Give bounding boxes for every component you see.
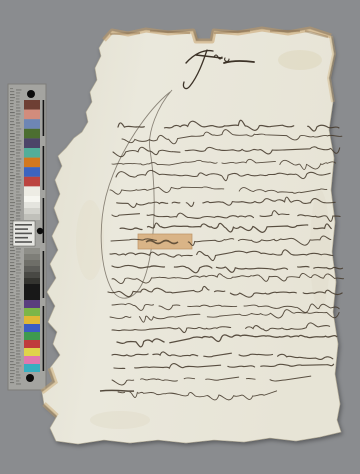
microtext-tick xyxy=(10,115,15,116)
microtext-tick xyxy=(16,116,19,117)
microtext-tick xyxy=(10,169,13,170)
microtext-tick xyxy=(10,163,15,164)
microtext-tick xyxy=(10,214,14,215)
microtext-tick xyxy=(10,106,13,107)
microtext-tick xyxy=(10,211,15,212)
registration-dot xyxy=(26,374,34,382)
microtext-tick xyxy=(16,197,20,198)
microtext-tick xyxy=(10,118,14,119)
color-patch xyxy=(24,324,40,332)
microtext-tick xyxy=(16,293,20,294)
microtext-tick xyxy=(10,379,13,380)
microtext-tick xyxy=(16,143,21,144)
microtext-tick xyxy=(16,251,20,252)
microtext-tick xyxy=(10,280,15,281)
microtext-tick xyxy=(10,331,15,332)
microtext-tick xyxy=(16,329,20,330)
microtext-tick xyxy=(10,184,13,185)
color-patch xyxy=(24,158,40,168)
microtext-tick xyxy=(10,142,14,143)
microtext-tick xyxy=(16,281,19,282)
color-patch xyxy=(24,364,40,372)
microtext-tick xyxy=(16,134,20,135)
microtext-tick xyxy=(16,95,20,96)
microtext-tick xyxy=(10,343,14,344)
label-text-row xyxy=(15,233,32,235)
microtext-tick xyxy=(16,308,21,309)
microtext-tick xyxy=(10,196,13,197)
microtext-tick xyxy=(10,121,14,122)
microtext-tick xyxy=(16,377,21,378)
microtext-tick xyxy=(10,277,15,278)
microtext-tick xyxy=(16,173,20,174)
gray-patch xyxy=(24,260,40,266)
microtext-tick xyxy=(10,139,15,140)
microtext-tick xyxy=(16,140,21,141)
microtext-tick xyxy=(16,356,21,357)
black-patch xyxy=(24,284,40,300)
microtext-tick xyxy=(10,370,15,371)
microtext-tick xyxy=(10,286,15,287)
microtext-tick xyxy=(16,164,20,165)
microtext-tick xyxy=(10,322,15,323)
registration-dot xyxy=(27,90,35,98)
microtext-tick xyxy=(16,113,21,114)
microtext-tick xyxy=(10,313,15,314)
microtext-tick xyxy=(10,289,13,290)
microtext-tick xyxy=(10,208,13,209)
microtext-tick xyxy=(10,265,14,266)
microtext-tick xyxy=(16,335,21,336)
microtext-tick xyxy=(10,361,14,362)
gray-patch xyxy=(24,272,40,278)
microtext-tick xyxy=(10,274,13,275)
microtext-tick xyxy=(16,176,21,177)
microtext-tick xyxy=(16,122,20,123)
color-calibration-target xyxy=(8,84,46,390)
color-patch xyxy=(24,332,40,340)
microtext-tick xyxy=(16,266,20,267)
microtext-tick xyxy=(16,89,21,90)
microtext-tick xyxy=(16,209,21,210)
microtext-tick xyxy=(16,254,19,255)
gray-patch xyxy=(24,254,40,260)
microtext-tick xyxy=(16,305,20,306)
microtext-tick xyxy=(10,316,15,317)
microtext-tick xyxy=(16,371,19,372)
microtext-tick xyxy=(10,349,13,350)
color-patch xyxy=(24,356,40,364)
microtext-tick xyxy=(10,271,15,272)
microtext-tick xyxy=(16,191,19,192)
microtext-tick xyxy=(16,131,20,132)
gray-patch xyxy=(24,214,40,220)
gray-patch xyxy=(24,208,40,214)
microtext-tick xyxy=(16,185,20,186)
microtext-tick xyxy=(10,193,13,194)
microtext-tick xyxy=(16,215,20,216)
microtext-tick xyxy=(10,100,14,101)
microtext-tick xyxy=(10,310,15,311)
microtext-tick xyxy=(16,383,21,384)
microtext-tick xyxy=(10,148,15,149)
color-patch xyxy=(24,308,40,316)
gray-patch xyxy=(24,202,40,208)
microtext-tick xyxy=(16,218,20,219)
microtext-tick xyxy=(16,272,21,273)
color-patch xyxy=(24,148,40,158)
microtext-tick xyxy=(16,128,21,129)
color-patch xyxy=(24,167,40,177)
microtext-tick xyxy=(16,287,20,288)
microtext-tick xyxy=(16,188,20,189)
microtext-tick xyxy=(16,320,19,321)
microtext-tick xyxy=(10,109,13,110)
microtext-tick xyxy=(10,262,14,263)
microtext-tick xyxy=(16,311,20,312)
microtext-tick xyxy=(16,98,19,99)
microtext-tick xyxy=(10,145,15,146)
microtext-tick xyxy=(10,253,15,254)
label-text-row xyxy=(15,237,28,239)
color-patch xyxy=(24,300,40,308)
microtext-tick xyxy=(16,206,20,207)
edge-bar xyxy=(43,100,45,136)
microtext-tick xyxy=(16,167,21,168)
microtext-tick xyxy=(10,205,14,206)
color-patch xyxy=(24,186,40,196)
microtext-tick xyxy=(10,340,14,341)
microtext-tick xyxy=(10,295,15,296)
microtext-tick xyxy=(16,374,20,375)
microtext-tick xyxy=(16,170,20,171)
microtext-tick xyxy=(16,194,21,195)
microtext-tick xyxy=(10,103,14,104)
gray-patch xyxy=(24,278,40,284)
edge-bar xyxy=(43,251,45,298)
edge-bar xyxy=(43,146,45,190)
microtext-tick xyxy=(16,296,19,297)
microtext-tick xyxy=(16,152,20,153)
microtext-tick xyxy=(16,182,21,183)
microtext-tick xyxy=(10,337,14,338)
microtext-tick xyxy=(16,263,21,264)
microtext-tick xyxy=(16,347,20,348)
microtext-tick xyxy=(10,94,14,95)
microtext-tick xyxy=(16,317,20,318)
microtext-tick xyxy=(10,376,14,377)
label-text-row xyxy=(15,241,32,243)
microtext-tick xyxy=(10,235,13,236)
microtext-tick xyxy=(10,250,15,251)
microtext-tick xyxy=(10,175,15,176)
microtext-tick xyxy=(16,380,19,381)
microtext-tick xyxy=(10,91,14,92)
microtext-tick xyxy=(16,323,19,324)
label-text-row xyxy=(15,224,32,226)
microtext-tick xyxy=(10,364,15,365)
microtext-tick xyxy=(16,146,20,147)
microtext-tick xyxy=(10,157,13,158)
microtext-tick xyxy=(10,160,15,161)
microtext-tick xyxy=(10,247,14,248)
microtext-tick xyxy=(16,332,21,333)
microtext-tick xyxy=(16,299,21,300)
manuscript-photo xyxy=(0,0,360,474)
microtext-tick xyxy=(10,301,14,302)
microtext-tick xyxy=(16,362,20,363)
microtext-tick xyxy=(16,119,19,120)
microtext-tick xyxy=(10,202,15,203)
microtext-tick xyxy=(10,307,14,308)
color-patch xyxy=(24,110,40,120)
microtext-tick xyxy=(10,178,15,179)
color-patch xyxy=(24,138,40,148)
microtext-tick xyxy=(10,325,14,326)
microtext-tick xyxy=(16,365,21,366)
microtext-tick xyxy=(10,217,14,218)
microtext-tick xyxy=(10,166,15,167)
microtext-tick xyxy=(10,319,13,320)
microtext-tick xyxy=(10,346,14,347)
microtext-tick xyxy=(10,298,15,299)
microtext-tick xyxy=(16,179,21,180)
microtext-tick xyxy=(10,151,14,152)
microtext-tick xyxy=(10,154,15,155)
microtext-tick xyxy=(10,268,15,269)
microtext-tick xyxy=(10,190,13,191)
microtext-tick xyxy=(16,203,21,204)
microtext-tick xyxy=(16,161,21,162)
color-patch xyxy=(24,348,40,356)
lead-dash xyxy=(100,390,134,391)
microtext-tick xyxy=(10,88,13,89)
edge-bar xyxy=(43,198,45,243)
microtext-tick xyxy=(16,269,21,270)
microtext-tick xyxy=(16,200,21,201)
microtext-tick xyxy=(16,338,21,339)
microtext-tick xyxy=(10,127,13,128)
microtext-tick xyxy=(10,97,15,98)
microtext-tick xyxy=(16,314,19,315)
microtext-tick xyxy=(10,334,15,335)
microtext-tick xyxy=(16,302,19,303)
microtext-tick xyxy=(10,358,15,359)
microtext-tick xyxy=(10,367,14,368)
color-patch xyxy=(24,119,40,129)
microtext-tick xyxy=(16,248,21,249)
microtext-tick xyxy=(16,101,20,102)
microtext-tick xyxy=(16,353,20,354)
microtext-tick xyxy=(16,107,20,108)
microtext-tick xyxy=(10,328,13,329)
microtext-tick xyxy=(16,92,20,93)
microtext-tick xyxy=(10,181,14,182)
microtext-tick xyxy=(10,355,15,356)
gray-patch xyxy=(24,196,40,202)
color-patch xyxy=(24,177,40,187)
microtext-tick xyxy=(16,260,19,261)
gray-patch xyxy=(24,266,40,272)
microtext-tick xyxy=(10,256,14,257)
microtext-tick xyxy=(16,137,19,138)
microtext-tick xyxy=(10,259,15,260)
color-patch xyxy=(24,129,40,139)
gray-patch xyxy=(24,248,40,254)
microtext-tick xyxy=(16,104,19,105)
microtext-tick xyxy=(10,373,15,374)
registration-dot xyxy=(37,228,43,234)
microtext-tick xyxy=(16,350,20,351)
repair-patch xyxy=(138,234,192,249)
microtext-tick xyxy=(16,110,20,111)
microtext-tick xyxy=(10,172,13,173)
microtext-tick xyxy=(16,158,21,159)
microtext-tick xyxy=(16,368,19,369)
microtext-tick xyxy=(16,125,20,126)
microtext-tick xyxy=(16,212,20,213)
microtext-tick xyxy=(10,352,15,353)
microtext-tick xyxy=(10,112,15,113)
microtext-tick xyxy=(10,187,13,188)
microtext-tick xyxy=(10,133,15,134)
microtext-tick xyxy=(16,359,21,360)
microtext-tick xyxy=(10,136,15,137)
color-patch xyxy=(24,340,40,348)
microtext-tick xyxy=(10,199,14,200)
microtext-tick xyxy=(10,283,15,284)
microtext-tick xyxy=(16,326,21,327)
color-patch xyxy=(24,100,40,110)
microtext-tick xyxy=(10,124,15,125)
microtext-tick xyxy=(10,292,13,293)
microtext-tick xyxy=(16,257,20,258)
microtext-tick xyxy=(10,130,13,131)
color-patch xyxy=(24,316,40,324)
microtext-tick xyxy=(16,290,20,291)
edge-bar xyxy=(43,306,45,371)
microtext-tick xyxy=(16,155,20,156)
microtext-tick xyxy=(10,304,15,305)
microtext-tick xyxy=(16,278,20,279)
microtext-tick xyxy=(10,382,14,383)
microtext-tick xyxy=(16,341,20,342)
microtext-tick xyxy=(16,149,21,150)
label-text-row xyxy=(15,228,28,230)
microtext-tick xyxy=(16,275,19,276)
microtext-tick xyxy=(16,344,20,345)
microtext-tick xyxy=(16,284,19,285)
